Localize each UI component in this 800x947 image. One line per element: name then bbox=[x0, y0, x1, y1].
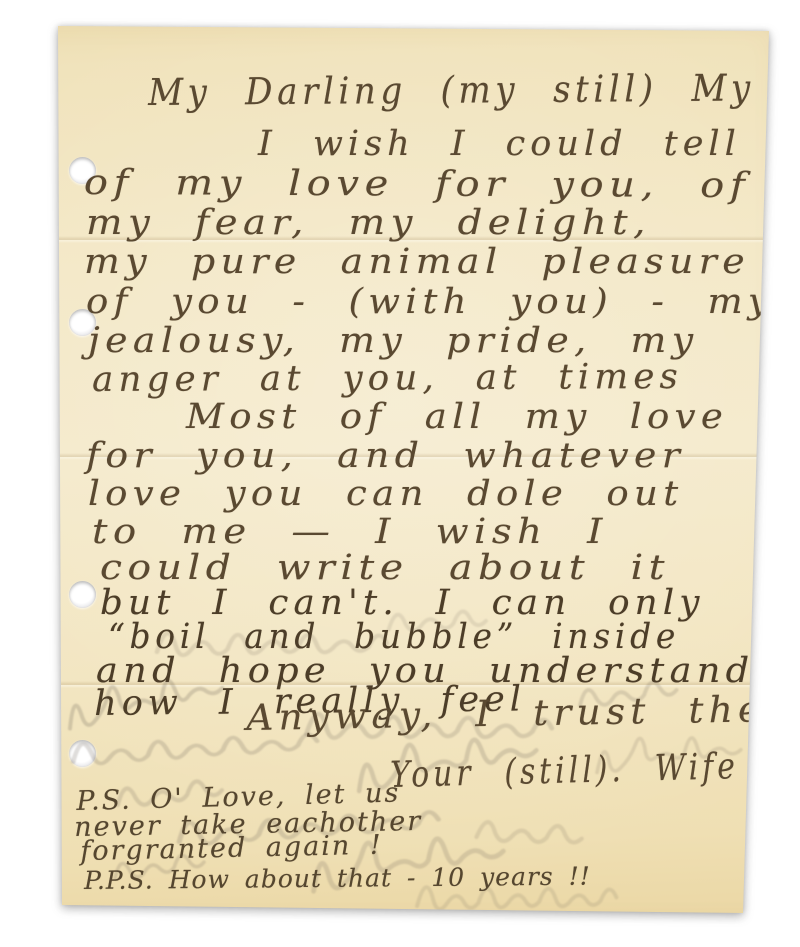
letter-line: anger at you, at times bbox=[92, 360, 683, 398]
postscript-line: forgranted again ! bbox=[80, 832, 383, 865]
letter-paper: My Darling (my still) My husband I wish … bbox=[0, 0, 800, 947]
letter-line: could write about it bbox=[100, 551, 670, 586]
letter-line: my fear, my delight, bbox=[86, 206, 651, 241]
postscript-line: P.P.S. How about that - 10 years !! bbox=[84, 864, 591, 893]
letter-line: to me — I wish I bbox=[92, 515, 608, 550]
letter-line: my pure animal pleasure bbox=[84, 245, 750, 280]
letter-line: “boil and bubble” inside bbox=[108, 620, 680, 655]
letter-line: I wish I could tell bbox=[258, 127, 741, 162]
letter-line: jealousy, my pride, my bbox=[88, 324, 699, 359]
letter-signature: Your (still). Wife bbox=[390, 749, 739, 794]
letter-line: for you, and whatever bbox=[86, 439, 685, 474]
letter-line: of you - (with you) - my bbox=[86, 285, 774, 320]
letter-line: Most of all my love bbox=[186, 400, 728, 435]
letter-closing: Anyway, I trust thee bbox=[246, 692, 793, 737]
letter-line: of my love for you, of bbox=[84, 166, 751, 204]
letter-photo: My Darling (my still) My husband I wish … bbox=[0, 0, 800, 947]
punch-hole bbox=[69, 581, 96, 608]
letter-greeting: My Darling (my still) My husband bbox=[148, 68, 800, 111]
punch-hole bbox=[69, 740, 96, 767]
letter-line: but I can't. I can only bbox=[100, 586, 705, 621]
photo-backdrop: { "colors": { "backdrop": "#ffffff", "pa… bbox=[0, 0, 800, 947]
letter-line: love you can dole out bbox=[88, 477, 683, 512]
